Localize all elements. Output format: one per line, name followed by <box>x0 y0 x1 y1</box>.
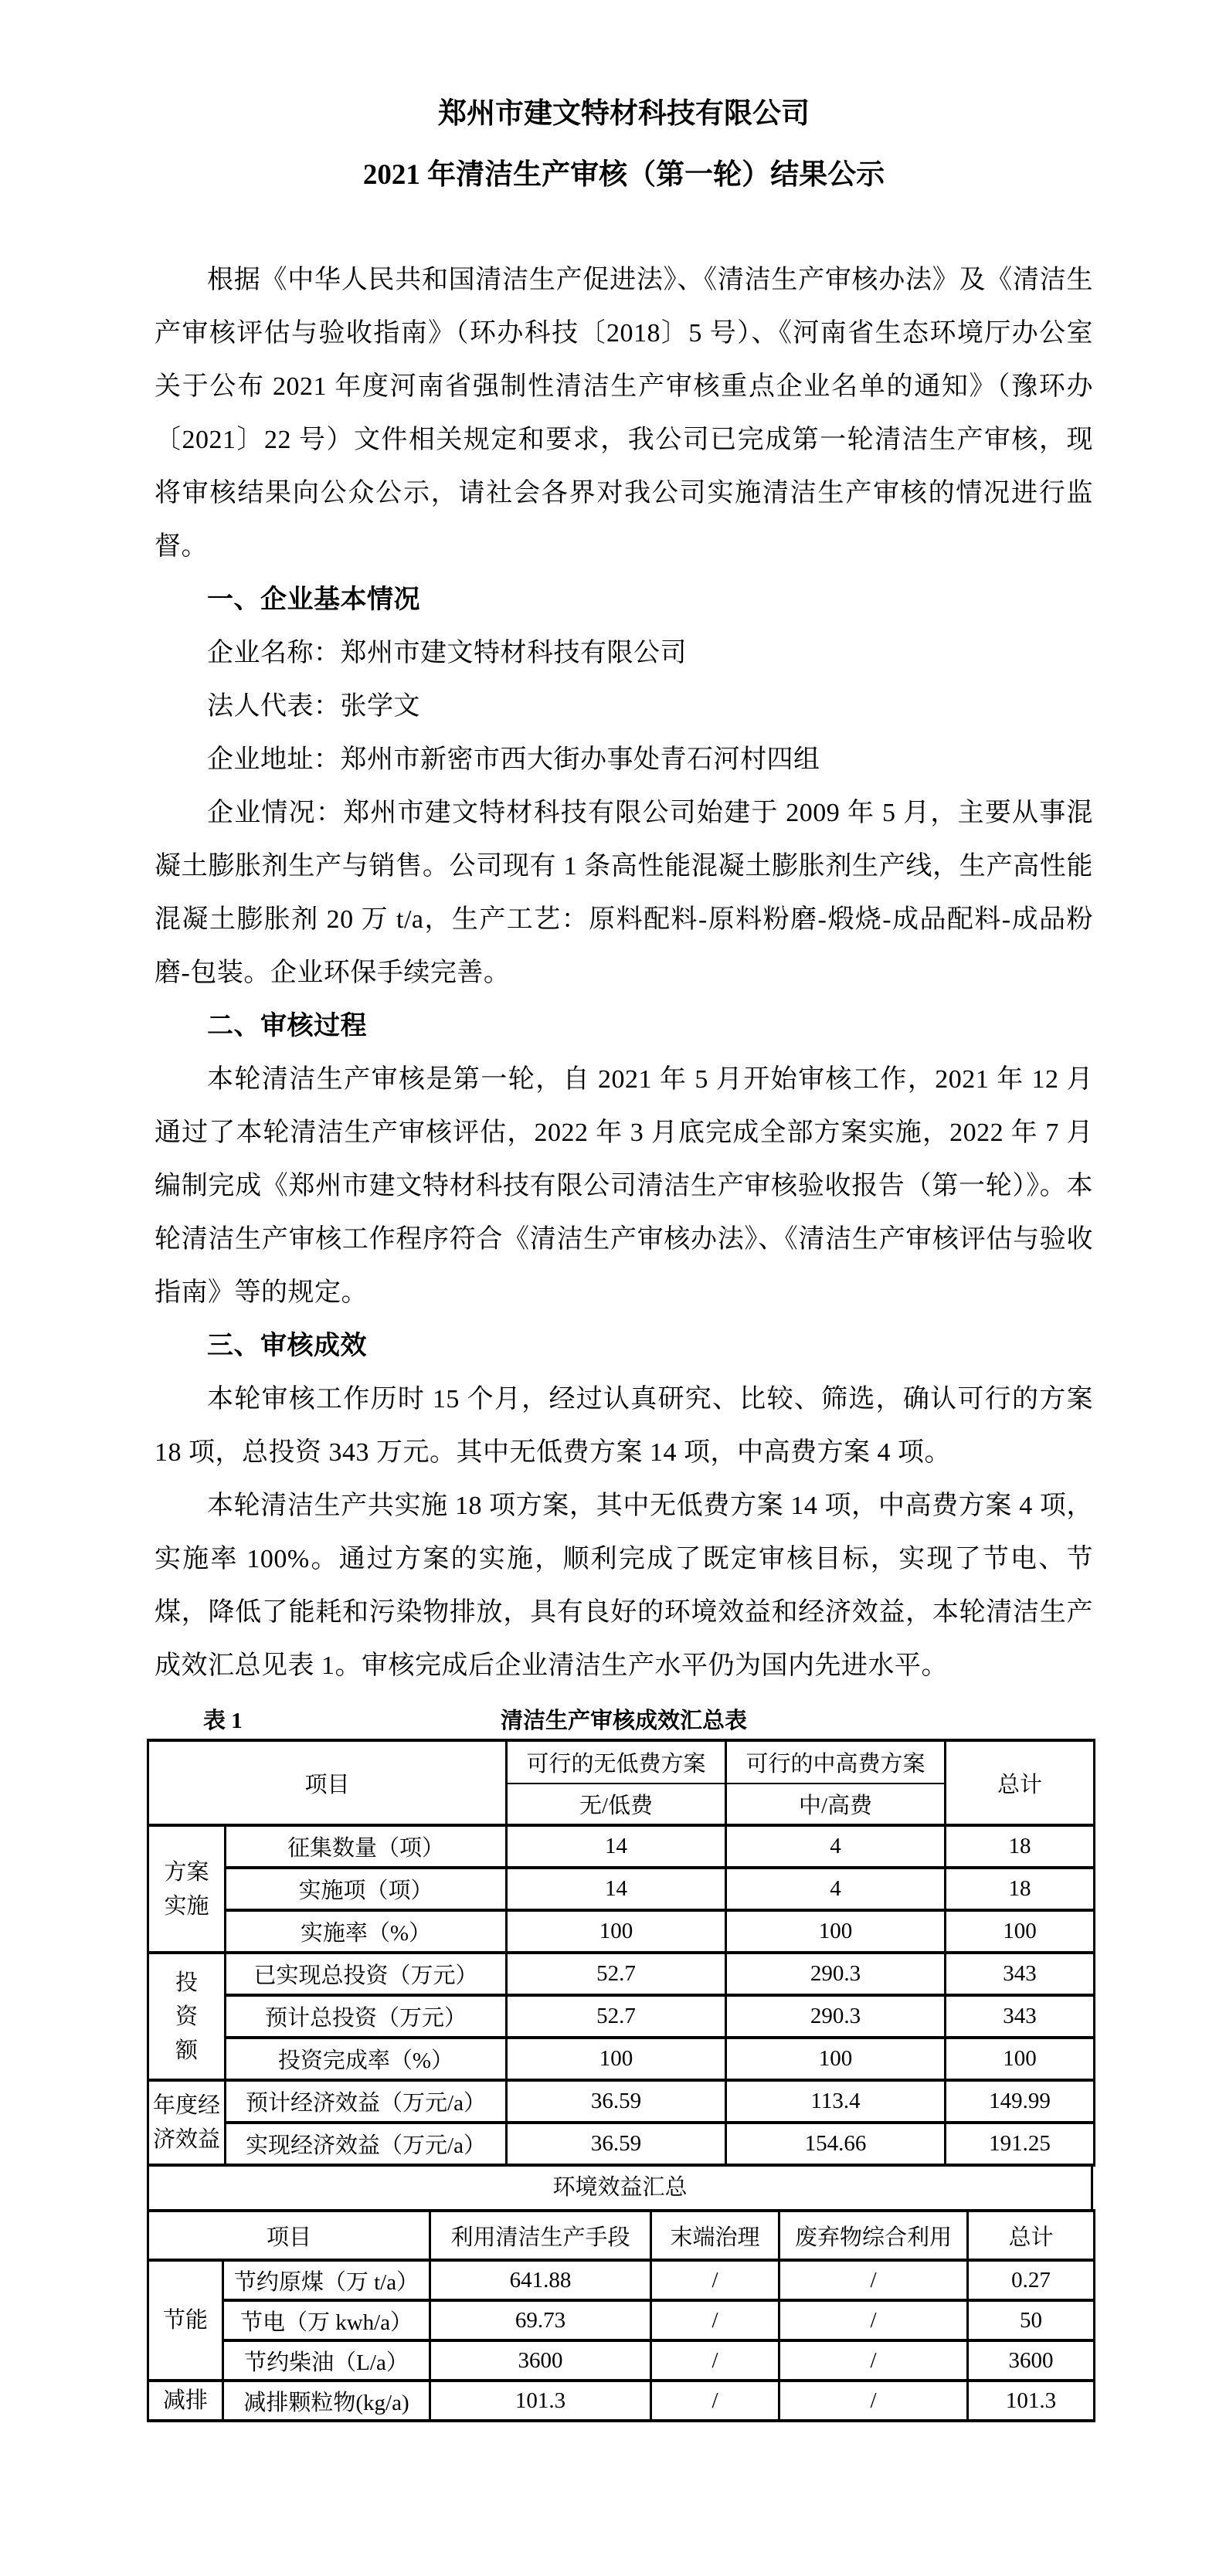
row-item-label: 预计经济效益（万元/a） <box>226 2080 507 2123</box>
cell-value: 641.88 <box>430 2260 651 2300</box>
row-group-label-economic: 年度经 济效益 <box>148 2080 226 2165</box>
cell-value: 18 <box>946 1825 1095 1868</box>
row-item-label: 实施项（项） <box>226 1868 507 1910</box>
env-header-total: 总计 <box>968 2211 1095 2260</box>
header-midhigh-sub: 中/高费 <box>726 1784 946 1825</box>
header-feasible-nolow: 可行的无低费方案 <box>507 1740 726 1784</box>
section-heading-3: 三、审核成效 <box>155 1319 1093 1373</box>
row-item-label: 节约柴油（L/a） <box>223 2340 430 2381</box>
cell-value: 343 <box>946 1995 1095 2038</box>
summary-table-main-section: 项目 可行的无低费方案 可行的中高费方案 总计 无/低费 中/高费 方案 实施 … <box>147 1739 1095 2167</box>
cell-value: 100 <box>726 1910 946 1953</box>
cell-value: 101.3 <box>968 2381 1095 2421</box>
header-nolow-sub: 无/低费 <box>507 1784 726 1825</box>
legal-rep-line: 法人代表：张学文 <box>155 680 1093 733</box>
env-benefit-section-title: 环境效益汇总 <box>147 2167 1093 2209</box>
row-item-label: 投资完成率（%） <box>226 2038 507 2080</box>
cell-value: 69.73 <box>430 2300 651 2340</box>
header-item: 项目 <box>148 1740 507 1825</box>
row-item-label: 节约原煤（万 t/a） <box>223 2260 430 2300</box>
cell-value: 4 <box>726 1868 946 1910</box>
audit-process-paragraph: 本轮清洁生产审核是第一轮，自 2021 年 5 月开始审核工作，2021 年 1… <box>155 1053 1093 1319</box>
cell-value: 191.25 <box>946 2123 1095 2165</box>
table-caption-title: 清洁生产审核成效汇总表 <box>155 1703 1093 1739</box>
row-group-label-emission-reduction: 减排 <box>148 2381 223 2421</box>
env-header-end-treatment: 末端治理 <box>651 2211 779 2260</box>
audit-results-paragraph-1: 本轮审核工作历时 15 个月，经过认真研究、比较、筛选，确认可行的方案 18 项… <box>155 1373 1093 1479</box>
cell-value: 52.7 <box>507 1995 726 2038</box>
header-total: 总计 <box>946 1740 1095 1825</box>
row-item-label: 征集数量（项） <box>226 1825 507 1868</box>
cell-value: 100 <box>507 1910 726 1953</box>
cell-value: / <box>651 2300 779 2340</box>
paragraph-intro: 根据《中华人民共和国清洁生产促进法》、《清洁生产审核办法》及《清洁生产审核评估与… <box>155 253 1093 573</box>
cell-value: 36.59 <box>507 2123 726 2165</box>
cell-value: 101.3 <box>430 2381 651 2421</box>
cell-value: 154.66 <box>726 2123 946 2165</box>
cell-value: 290.3 <box>726 1953 946 1995</box>
company-name-line: 企业名称：郑州市建文特材科技有限公司 <box>155 626 1093 680</box>
env-header-waste-utilization: 废弃物综合利用 <box>779 2211 968 2260</box>
cell-value: 100 <box>507 2038 726 2080</box>
row-item-label: 预计总投资（万元） <box>226 1995 507 2038</box>
cell-value: 14 <box>507 1868 726 1910</box>
cell-value: 100 <box>726 2038 946 2080</box>
cell-value: / <box>651 2260 779 2300</box>
cell-value: 3600 <box>430 2340 651 2381</box>
cell-value: 50 <box>968 2300 1095 2340</box>
cell-value: / <box>779 2260 968 2300</box>
env-header-item: 项目 <box>148 2211 430 2260</box>
audit-results-paragraph-2: 本轮清洁生产共实施 18 项方案，其中无低费方案 14 项，中高费方案 4 项，… <box>155 1479 1093 1692</box>
row-group-label-plan: 方案 实施 <box>148 1825 226 1953</box>
address-line: 企业地址：郑州市新密市西大街办事处青石河村四组 <box>155 733 1093 786</box>
row-group-label-investment: 投 资 额 <box>148 1953 226 2080</box>
summary-table-env-section: 项目 利用清洁生产手段 末端治理 废弃物综合利用 总计 节能 节约原煤（万 t/… <box>147 2209 1095 2422</box>
row-item-label: 节电（万 kwh/a） <box>223 2300 430 2340</box>
cell-value: / <box>651 2381 779 2421</box>
cell-value: / <box>779 2300 968 2340</box>
cell-value: 3600 <box>968 2340 1095 2381</box>
cell-value: 100 <box>946 2038 1095 2080</box>
env-header-cleaner-production: 利用清洁生产手段 <box>430 2211 651 2260</box>
cell-value: 4 <box>726 1825 946 1868</box>
cell-value: / <box>779 2381 968 2421</box>
document-page: 郑州市建文特材科技有限公司 2021 年清洁生产审核（第一轮）结果公示 根据《中… <box>0 0 1226 2576</box>
cell-value: / <box>651 2340 779 2381</box>
cell-value: 18 <box>946 1868 1095 1910</box>
cell-value: 343 <box>946 1953 1095 1995</box>
row-item-label: 实施率（%） <box>226 1910 507 1953</box>
cell-value: 14 <box>507 1825 726 1868</box>
document-content: 郑州市建文特材科技有限公司 2021 年清洁生产审核（第一轮）结果公示 根据《中… <box>0 83 1226 2422</box>
table-caption-label: 表 1 <box>203 1703 243 1739</box>
table-caption: 表 1 清洁生产审核成效汇总表 <box>155 1703 1093 1739</box>
row-item-label: 已实现总投资（万元） <box>226 1953 507 1995</box>
cell-value: 113.4 <box>726 2080 946 2123</box>
doc-title-line2: 2021 年清洁生产审核（第一轮）结果公示 <box>155 144 1093 205</box>
section-heading-2: 二、审核过程 <box>155 1000 1093 1053</box>
row-group-label-energy-saving: 节能 <box>148 2260 223 2381</box>
row-item-label: 减排颗粒物(kg/a) <box>223 2381 430 2421</box>
cell-value: 100 <box>946 1910 1095 1953</box>
cell-value: 36.59 <box>507 2080 726 2123</box>
doc-title-line1: 郑州市建文特材科技有限公司 <box>155 83 1093 144</box>
row-item-label: 实现经济效益（万元/a） <box>226 2123 507 2165</box>
cell-value: / <box>779 2340 968 2381</box>
summary-table: 项目 可行的无低费方案 可行的中高费方案 总计 无/低费 中/高费 方案 实施 … <box>147 1739 1093 2422</box>
header-feasible-midhigh: 可行的中高费方案 <box>726 1740 946 1784</box>
cell-value: 52.7 <box>507 1953 726 1995</box>
cell-value: 290.3 <box>726 1995 946 2038</box>
section-heading-1: 一、企业基本情况 <box>155 573 1093 626</box>
company-profile-paragraph: 企业情况：郑州市建文特材科技有限公司始建于 2009 年 5 月，主要从事混凝土… <box>155 786 1093 1000</box>
cell-value: 149.99 <box>946 2080 1095 2123</box>
cell-value: 0.27 <box>968 2260 1095 2300</box>
